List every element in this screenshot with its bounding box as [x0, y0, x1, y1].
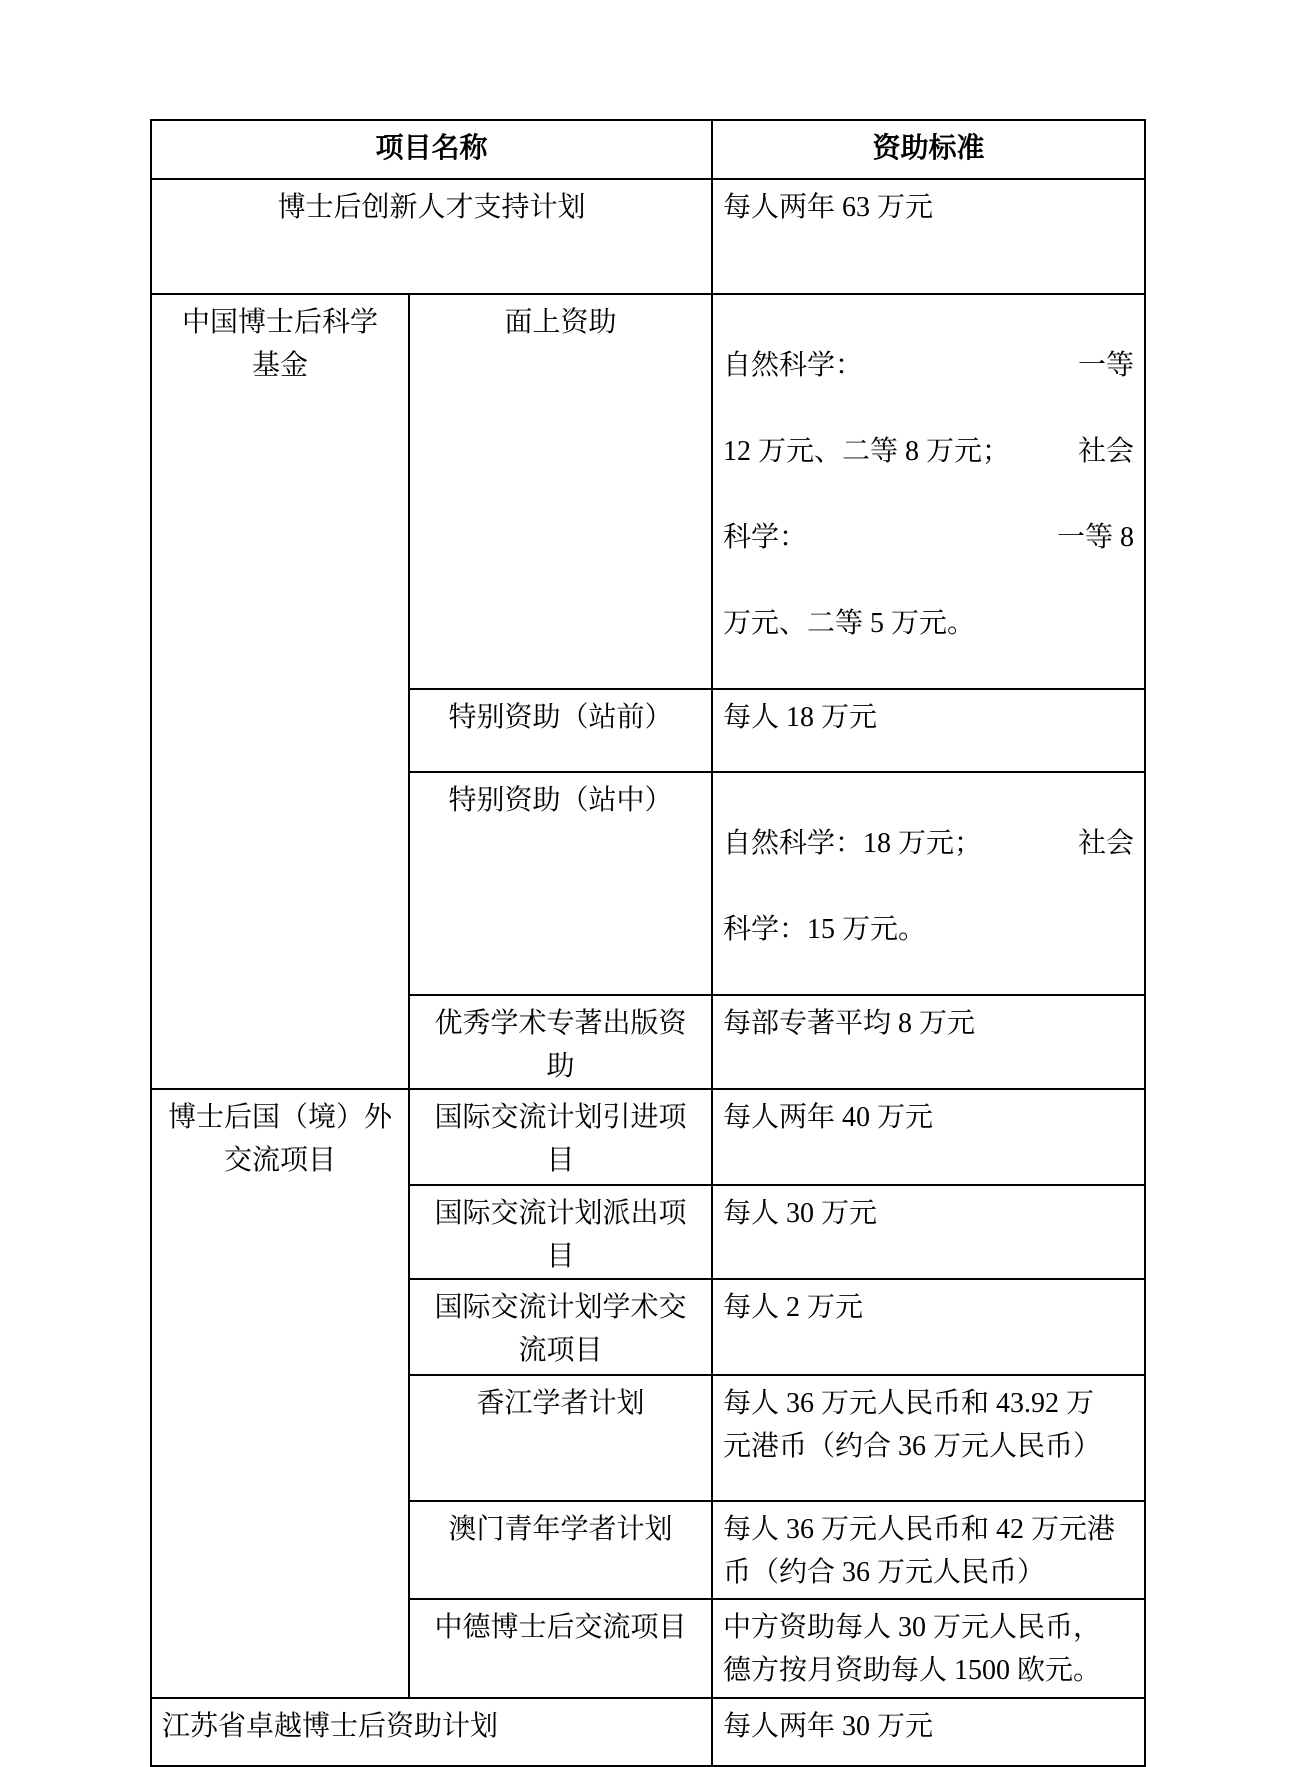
program-name: 优秀学术专著出版资 助 — [409, 995, 712, 1089]
value-line-left: 自然科学：18 万元； — [723, 822, 982, 865]
value-line: 科学：一等 8 — [723, 516, 1134, 559]
value-line-right: 一等 — [1078, 344, 1134, 387]
table-header-row: 项目名称 资助标准 — [151, 120, 1145, 179]
group-label: 中国博士后科学 基金 — [151, 294, 409, 1089]
value-line-left: 科学：15 万元。 — [723, 908, 926, 951]
value-line: 自然科学：一等 — [723, 344, 1134, 387]
program-name: 特别资助（站前） — [409, 689, 712, 772]
funding-value: 每人两年 30 万元 — [712, 1698, 1145, 1766]
funding-value: 每人 30 万元 — [712, 1185, 1145, 1279]
funding-value: 自然科学：一等 12 万元、二等 8 万元；社会 科学：一等 8 万元、二等 5… — [712, 294, 1145, 689]
funding-value: 每人 18 万元 — [712, 689, 1145, 772]
program-name: 国际交流计划引进项 目 — [409, 1089, 712, 1185]
value-line-right: 社会 — [1078, 430, 1134, 473]
funding-value: 中方资助每人 30 万元人民币， 德方按月资助每人 1500 欧元。 — [712, 1599, 1145, 1698]
program-name: 国际交流计划学术交 流项目 — [409, 1279, 712, 1375]
funding-value: 自然科学：18 万元；社会 科学：15 万元。 — [712, 772, 1145, 995]
value-line: 自然科学：18 万元；社会 — [723, 822, 1134, 865]
table-row: 江苏省卓越博士后资助计划 每人两年 30 万元 — [151, 1698, 1145, 1766]
value-line: 科学：15 万元。 — [723, 908, 1134, 951]
table-row: 中国博士后科学 基金 面上资助 自然科学：一等 12 万元、二等 8 万元；社会… — [151, 294, 1145, 689]
header-funding-standard: 资助标准 — [712, 120, 1145, 179]
table-row: 博士后国（境）外 交流项目 国际交流计划引进项 目 每人两年 40 万元 — [151, 1089, 1145, 1185]
funding-value: 每人 2 万元 — [712, 1279, 1145, 1375]
funding-value: 每人两年 63 万元 — [712, 179, 1145, 294]
value-line: 万元、二等 5 万元。 — [723, 602, 1134, 645]
value-line-left: 自然科学： — [723, 344, 863, 387]
funding-table: 项目名称 资助标准 博士后创新人才支持计划 每人两年 63 万元 中国博士后科学… — [150, 119, 1146, 1767]
funding-value: 每人两年 40 万元 — [712, 1089, 1145, 1185]
funding-value: 每部专著平均 8 万元 — [712, 995, 1145, 1089]
value-line-left: 12 万元、二等 8 万元； — [723, 430, 1010, 473]
value-line-right: 社会 — [1078, 822, 1134, 865]
group-label: 博士后国（境）外 交流项目 — [151, 1089, 409, 1698]
program-name: 香江学者计划 — [409, 1375, 712, 1501]
value-line-right: 一等 8 — [1057, 516, 1134, 559]
value-line-left: 万元、二等 5 万元。 — [723, 602, 975, 645]
program-name: 江苏省卓越博士后资助计划 — [151, 1698, 712, 1766]
program-name: 中德博士后交流项目 — [409, 1599, 712, 1698]
program-name: 国际交流计划派出项 目 — [409, 1185, 712, 1279]
program-name: 面上资助 — [409, 294, 712, 689]
value-line: 12 万元、二等 8 万元；社会 — [723, 430, 1134, 473]
program-name: 博士后创新人才支持计划 — [151, 179, 712, 294]
table-row: 博士后创新人才支持计划 每人两年 63 万元 — [151, 179, 1145, 294]
document-page: 项目名称 资助标准 博士后创新人才支持计划 每人两年 63 万元 中国博士后科学… — [0, 0, 1314, 1557]
program-name: 特别资助（站中） — [409, 772, 712, 995]
program-name: 澳门青年学者计划 — [409, 1501, 712, 1599]
header-project-name: 项目名称 — [151, 120, 712, 179]
value-line-left: 科学： — [723, 516, 807, 559]
funding-value: 每人 36 万元人民币和 43.92 万 元港币（约合 36 万元人民币） — [712, 1375, 1145, 1501]
funding-value: 每人 36 万元人民币和 42 万元港 币（约合 36 万元人民币） — [712, 1501, 1145, 1599]
